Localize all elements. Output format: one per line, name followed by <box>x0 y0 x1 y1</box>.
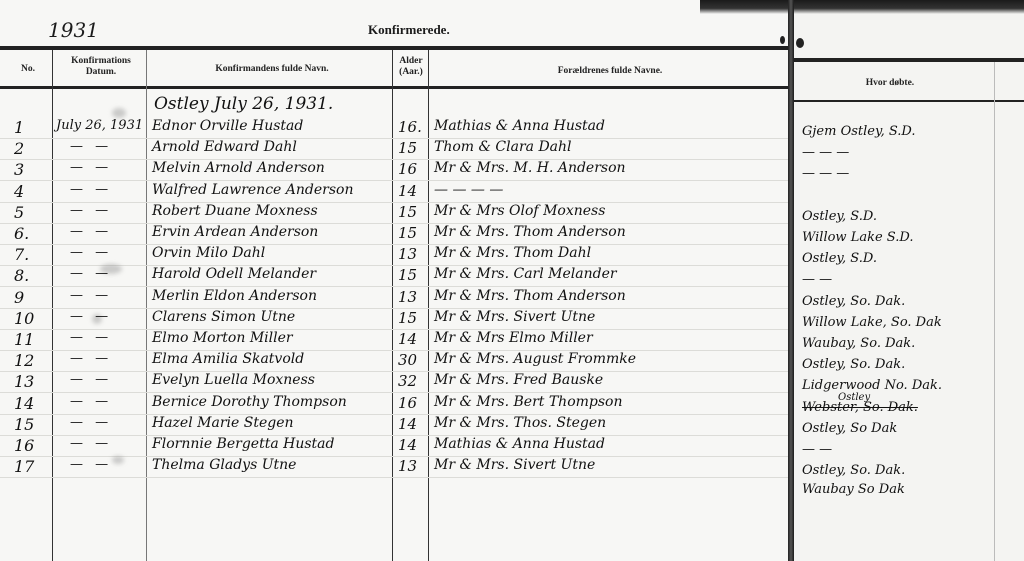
ink-mark <box>780 36 785 44</box>
age: 14 <box>398 415 417 433</box>
ruled-line <box>0 244 788 245</box>
parents-names: Mr & Mrs. August Frommke <box>434 351 636 367</box>
confirmation-date: — — <box>70 288 112 303</box>
confirmation-date: — — <box>70 160 112 175</box>
confirmand-name: Merlin Eldon Anderson <box>152 288 317 304</box>
row-number: 11 <box>14 330 34 349</box>
header-bottom-rule-right <box>794 100 1024 102</box>
ink-mark <box>796 38 804 48</box>
ruled-line <box>0 414 788 415</box>
col-divider <box>146 50 147 561</box>
confirmand-name: Thelma Gladys Utne <box>152 457 296 473</box>
confirmand-name: Clarens Simon Utne <box>152 309 295 325</box>
confirmation-date: — — <box>70 266 112 281</box>
age: 16 <box>398 394 417 412</box>
col-header-age: Alder (Aar.) <box>394 56 428 78</box>
row-number: 4 <box>14 182 24 201</box>
confirmand-name: Evelyn Luella Moxness <box>152 372 315 388</box>
ruled-line <box>0 180 788 181</box>
smudge <box>112 456 124 464</box>
header-top-rule <box>0 46 788 50</box>
baptism-place: — — <box>802 442 832 457</box>
confirmation-date: — — <box>70 415 112 430</box>
confirmand-name: Hazel Marie Stegen <box>152 415 294 431</box>
col-divider <box>392 50 393 561</box>
parents-names: Mr & Mrs. Thom Dahl <box>434 245 591 261</box>
parents-names: Mathias & Anna Hustad <box>434 118 605 134</box>
baptism-place: Lidgerwood No. Dak. <box>802 378 942 393</box>
year-label: 1931 <box>48 18 99 42</box>
age: 14 <box>398 182 417 200</box>
baptism-place: Ostley, So Dak <box>802 421 897 436</box>
baptism-place: Ostley, S.D. <box>802 251 877 266</box>
baptism-place: Willow Lake S.D. <box>802 230 913 245</box>
age: 13 <box>398 288 417 306</box>
parents-names: Mr & Mrs. Thos. Stegen <box>434 415 606 431</box>
row-number: 16 <box>14 436 34 455</box>
row-number: 3 <box>14 160 24 179</box>
confirmand-name: Ervin Ardean Anderson <box>152 224 318 240</box>
parents-names: Mr & Mrs. Fred Bauske <box>434 372 603 388</box>
age: 16 <box>398 160 417 178</box>
col-header-parents: Forældrenes fulde Navne. <box>440 66 780 77</box>
baptism-place: Ostley, S.D. <box>802 209 877 224</box>
confirmation-date: — — <box>70 309 112 324</box>
age: 30 <box>398 351 417 369</box>
confirmation-date: — — <box>70 394 112 409</box>
baptism-place-extra: Waubay So Dak <box>802 482 905 497</box>
row-number: 17 <box>14 457 34 476</box>
baptism-place: — — <box>802 272 832 287</box>
confirmation-date: — — <box>70 351 112 366</box>
confirmation-date: July 26, 1931 <box>56 118 143 133</box>
age: 14 <box>398 330 417 348</box>
col-header-no: No. <box>10 64 46 75</box>
age: 15 <box>398 266 417 284</box>
ruled-line <box>0 223 788 224</box>
age: 13 <box>398 457 417 475</box>
confirmand-name: Elma Amilia Skatvold <box>152 351 304 367</box>
row-number: 13 <box>14 372 34 391</box>
confirmand-name: Arnold Edward Dahl <box>152 139 297 155</box>
col-divider <box>52 50 53 561</box>
confirmation-date: — — <box>70 203 112 218</box>
row-number: 7. <box>14 245 29 264</box>
age: 14 <box>398 436 417 454</box>
row-number: 8. <box>14 266 29 285</box>
confirmand-name: Bernice Dorothy Thompson <box>152 394 347 410</box>
confirmation-date: — — <box>70 457 112 472</box>
page-title: Konfirmerede. <box>368 22 450 38</box>
ruled-line <box>0 477 788 478</box>
book-spine <box>788 0 794 561</box>
confirmand-name: Ednor Orville Hustad <box>152 118 303 134</box>
baptism-place: Ostley, So. Dak. <box>802 294 905 309</box>
row-number: 1 <box>14 118 24 137</box>
header-bottom-rule <box>0 86 788 89</box>
ruled-line <box>0 435 788 436</box>
confirmand-name: Harold Odell Melander <box>152 266 316 282</box>
baptism-place: — — — <box>802 145 849 160</box>
parents-names: Mr & Mrs Olof Moxness <box>434 203 605 219</box>
ruled-line <box>0 202 788 203</box>
col-header-baptism-place: Hvor døbte. <box>800 78 980 89</box>
confirmation-date: — — <box>70 182 112 197</box>
parents-names: Thom & Clara Dahl <box>434 139 572 155</box>
col-header-date: Konfirmations Datum. <box>58 56 144 78</box>
col-header-name: Konfirmandens fulde Navn. <box>160 64 384 75</box>
baptism-place: Willow Lake, So. Dak <box>802 315 942 330</box>
ruled-line <box>0 371 788 372</box>
row-number: 5 <box>14 203 24 222</box>
confirmation-date: — — <box>70 224 112 239</box>
parents-names: — — — — <box>434 182 503 198</box>
age: 32 <box>398 372 417 390</box>
row-number: 9 <box>14 288 24 307</box>
section-heading: Ostley July 26, 1931. <box>154 94 333 114</box>
age: 15 <box>398 203 417 221</box>
baptism-place-correction: Ostley <box>838 392 870 403</box>
header-top-rule-right <box>794 58 1024 62</box>
binding-shadow <box>700 0 1024 14</box>
row-number: 6. <box>14 224 29 243</box>
baptism-place: — — — <box>802 166 849 181</box>
confirmand-name: Robert Duane Moxness <box>152 203 318 219</box>
ruled-line <box>0 159 788 160</box>
col-divider <box>994 62 995 561</box>
smudge <box>112 108 126 118</box>
baptism-place: Ostley, So. Dak. <box>802 357 905 372</box>
confirmand-name: Walfred Lawrence Anderson <box>152 182 353 198</box>
age: 16. <box>398 118 422 136</box>
confirmation-date: — — <box>70 330 112 345</box>
baptism-place: Ostley, So. Dak. <box>802 463 905 478</box>
ruled-line <box>0 286 788 287</box>
ruled-line <box>0 329 788 330</box>
confirmand-name: Orvin Milo Dahl <box>152 245 265 261</box>
ruled-line <box>0 392 788 393</box>
age: 15 <box>398 309 417 327</box>
parents-names: Mr & Mrs. Carl Melander <box>434 266 617 282</box>
row-number: 10 <box>14 309 34 328</box>
row-number: 12 <box>14 351 34 370</box>
age: 13 <box>398 245 417 263</box>
row-number: 2 <box>14 139 24 158</box>
row-number: 14 <box>14 394 34 413</box>
parents-names: Mr & Mrs Elmo Miller <box>434 330 593 346</box>
row-number: 15 <box>14 415 34 434</box>
ruled-line <box>0 308 788 309</box>
confirmation-date: — — <box>70 245 112 260</box>
confirmation-date: — — <box>70 436 112 451</box>
parents-names: Mr & Mrs. Bert Thompson <box>434 394 623 410</box>
ruled-line <box>0 350 788 351</box>
col-divider <box>428 50 429 561</box>
confirmand-name: Melvin Arnold Anderson <box>152 160 325 176</box>
parents-names: Mr & Mrs. Sivert Utne <box>434 309 595 325</box>
confirmand-name: Flornnie Bergetta Hustad <box>152 436 334 452</box>
baptism-place: Gjem Ostley, S.D. <box>802 124 916 139</box>
ruled-line <box>0 138 788 139</box>
parents-names: Mr & Mrs. M. H. Anderson <box>434 160 626 176</box>
age: 15 <box>398 224 417 242</box>
parents-names: Mathias & Anna Hustad <box>434 436 605 452</box>
age: 15 <box>398 139 417 157</box>
confirmation-date: — — <box>70 139 112 154</box>
parents-names: Mr & Mrs. Sivert Utne <box>434 457 595 473</box>
parents-names: Mr & Mrs. Thom Anderson <box>434 224 626 240</box>
baptism-place: Waubay, So. Dak. <box>802 336 915 351</box>
confirmand-name: Elmo Morton Miller <box>152 330 293 346</box>
confirmation-date: — — <box>70 372 112 387</box>
parents-names: Mr & Mrs. Thom Anderson <box>434 288 626 304</box>
